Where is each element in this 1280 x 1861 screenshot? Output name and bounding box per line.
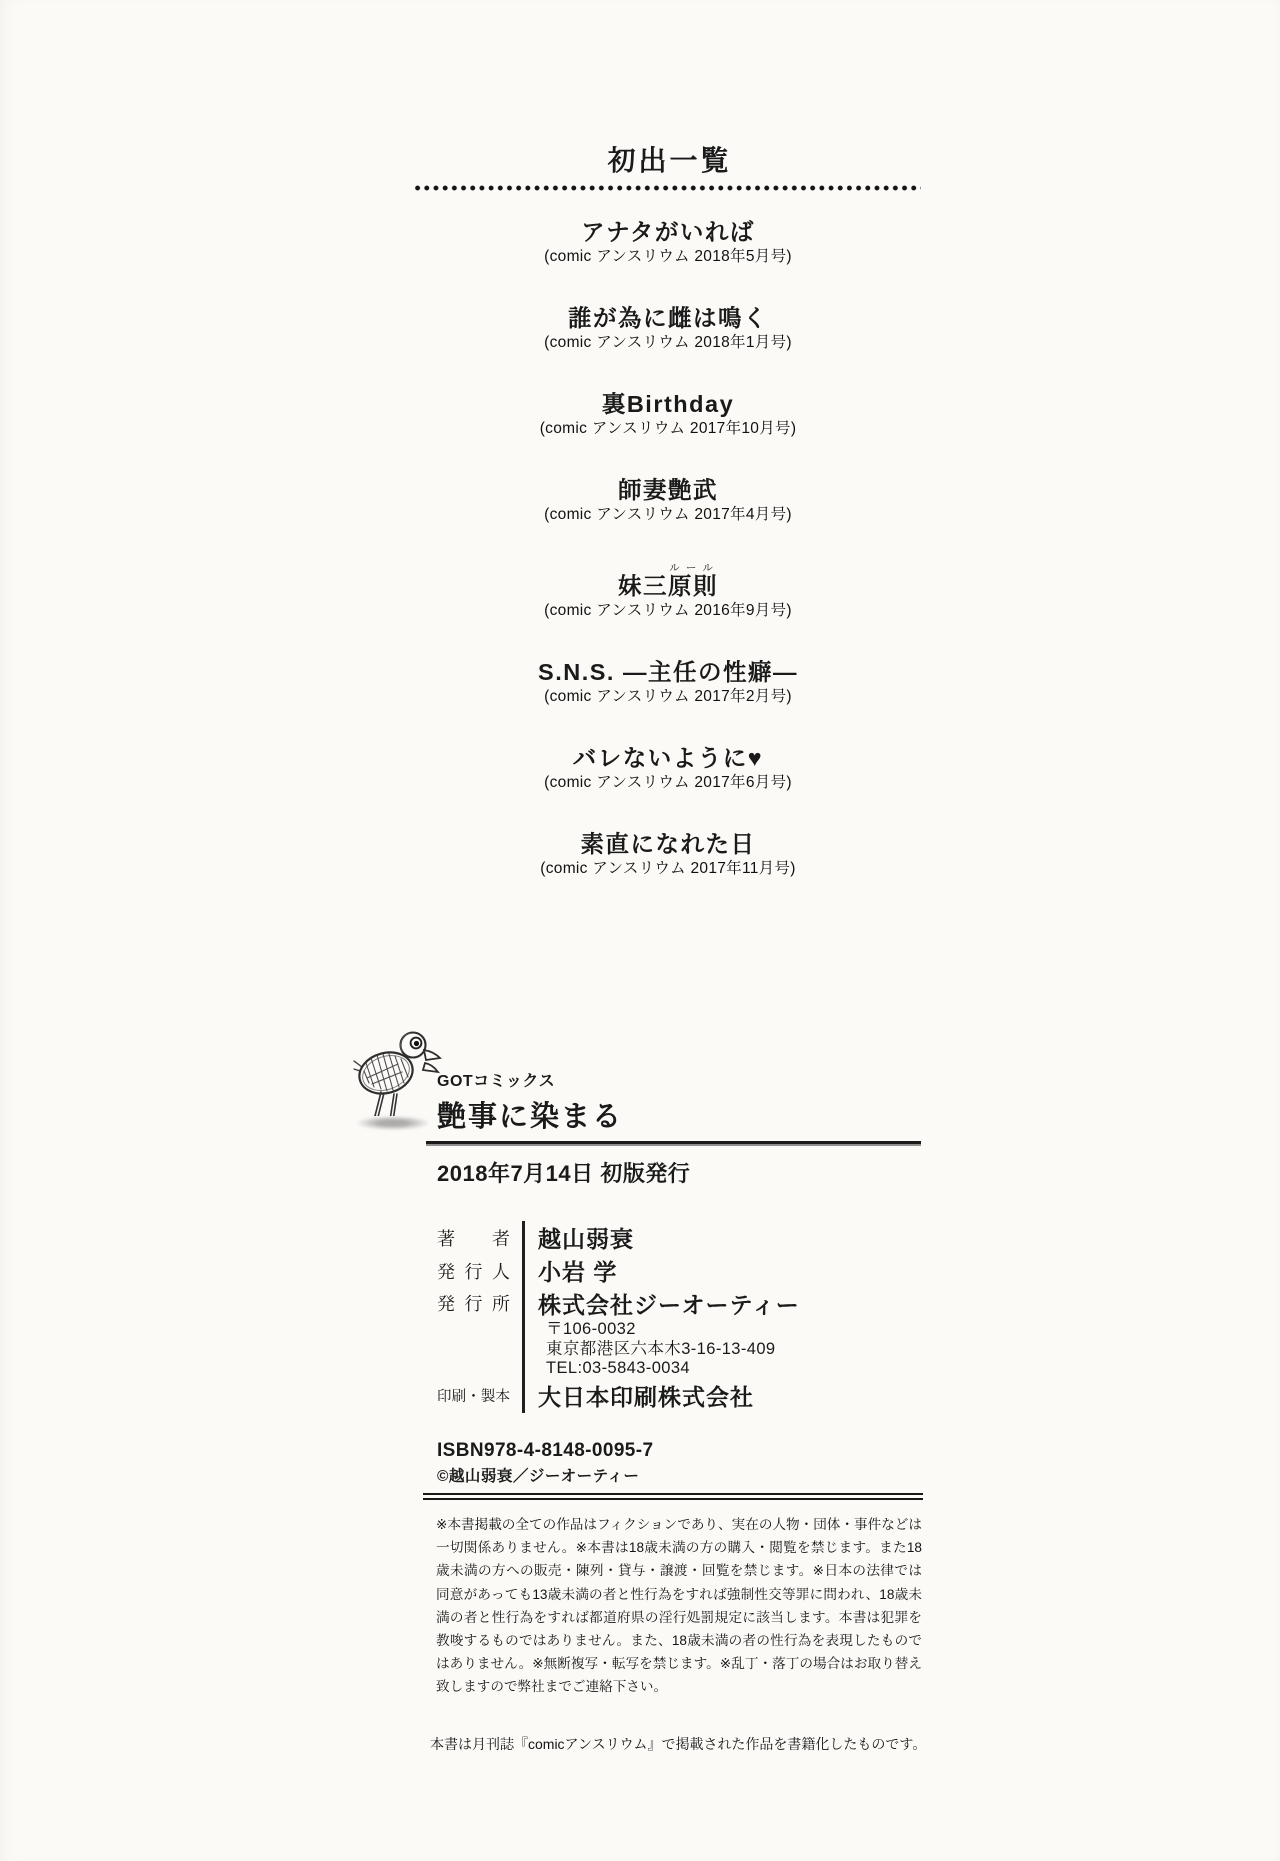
work-item: S.N.S. ―主任の性癖― (comic アンスリウム 2017年2月号) <box>415 658 921 707</box>
work-item: 誰が為に雌は鳴く (comic アンスリウム 2018年1月号) <box>415 304 921 353</box>
work-note: (comic アンスリウム 2017年10月号) <box>415 418 921 439</box>
work-title: バレないように♥ <box>415 744 921 772</box>
credit-value-publisher: 株式会社ジーオーティー <box>522 1287 907 1319</box>
credit-value-printing: 大日本印刷株式会社 <box>522 1377 907 1413</box>
work-title: 裏Birthday <box>415 390 921 418</box>
work-item: アナタがいれば (comic アンスリウム 2018年5月号) <box>415 218 921 267</box>
work-note: (comic アンスリウム 2016年9月号) <box>415 600 921 621</box>
work-note: (comic アンスリウム 2017年6月号) <box>415 772 921 793</box>
work-item: バレないように♥ (comic アンスリウム 2017年6月号) <box>415 744 921 793</box>
bird-shadow <box>357 1116 429 1130</box>
work-note: (comic アンスリウム 2017年2月号) <box>415 686 921 707</box>
postal-code: 〒106-0032 <box>546 1320 636 1340</box>
work-title: アナタがいれば <box>415 218 921 246</box>
imprint-label: GOTコミックス <box>437 1068 555 1091</box>
work-item: 素直になれた日 (comic アンスリウム 2017年11月号) <box>415 830 921 879</box>
edition-date: 2018年7月14日 初版発行 <box>437 1157 690 1188</box>
work-title-ruby-base: 原則 <box>668 573 718 599</box>
credits-table: 著 者 越山弱衰 発 行 人 小岩 学 発 行 所 株式会社ジーオーティー 〒1… <box>437 1221 907 1413</box>
legal-disclaimer: ※本書掲載の全ての作品はフィクションであり、実在の人物・団体・事件などは一切関係… <box>436 1513 922 1699</box>
work-title-with-furigana: 妹三原則ルール <box>415 562 921 600</box>
work-item: 妹三原則ルール (comic アンスリウム 2016年9月号) <box>415 562 921 621</box>
work-title-head: 妹三 <box>618 573 668 599</box>
credit-label-publisher: 発 行 所 <box>437 1287 522 1319</box>
credit-value-author: 越山弱衰 <box>522 1221 907 1254</box>
work-note: (comic アンスリウム 2017年4月号) <box>415 504 921 525</box>
work-note: (comic アンスリウム 2018年1月号) <box>415 332 921 353</box>
publisher-address-block: 〒106-0032 東京都港区六本木3-16-13-409 TEL:03-584… <box>522 1319 907 1377</box>
work-item: 裏Birthday (comic アンスリウム 2017年10月号) <box>415 390 921 439</box>
scanned-colophon-page: 初出一覧 アナタがいれば (comic アンスリウム 2018年5月号) 誰が為… <box>0 0 1280 1861</box>
copyright-line: ©越山弱衰／ジーオーティー <box>437 1464 639 1486</box>
credit-label-printing: 印刷・製本 <box>437 1377 522 1413</box>
credit-value-publisher-person: 小岩 学 <box>522 1254 907 1287</box>
legal-divider-rule <box>423 1493 923 1500</box>
work-title: 誰が為に雌は鳴く <box>415 304 921 332</box>
address-line: 東京都港区六本木3-16-13-409 <box>546 1340 776 1360</box>
telephone: TEL:03-5843-0034 <box>546 1359 690 1379</box>
work-item: 師妻艶武 (comic アンスリウム 2017年4月号) <box>415 476 921 525</box>
work-title: 素直になれた日 <box>415 830 921 858</box>
section-title: 初出一覧 <box>415 145 921 177</box>
work-note: (comic アンスリウム 2018年5月号) <box>415 246 921 267</box>
dotted-divider <box>415 185 921 191</box>
title-rule <box>426 1141 921 1146</box>
credit-label-author: 著 者 <box>437 1221 522 1254</box>
book-title: 艶事に染まる <box>437 1094 623 1135</box>
furigana-label: ルール <box>668 562 718 574</box>
work-note: (comic アンスリウム 2017年11月号) <box>415 858 921 879</box>
work-title-ruby: 原則ルール <box>668 573 718 599</box>
first-publication-list: 初出一覧 アナタがいれば (comic アンスリウム 2018年5月号) 誰が為… <box>415 145 921 916</box>
source-note: 本書は月刊誌『comicアンスリウム』で掲載された作品を書籍化したものです。 <box>430 1734 930 1754</box>
work-title: 師妻艶武 <box>415 476 921 504</box>
bird-doodle-illustration <box>350 1026 442 1116</box>
credit-label-publisher-person: 発 行 人 <box>437 1254 522 1287</box>
isbn-number: ISBN978-4-8148-0095-7 <box>437 1440 653 1462</box>
credit-label-spacer <box>437 1319 522 1377</box>
work-title: S.N.S. ―主任の性癖― <box>415 658 921 686</box>
